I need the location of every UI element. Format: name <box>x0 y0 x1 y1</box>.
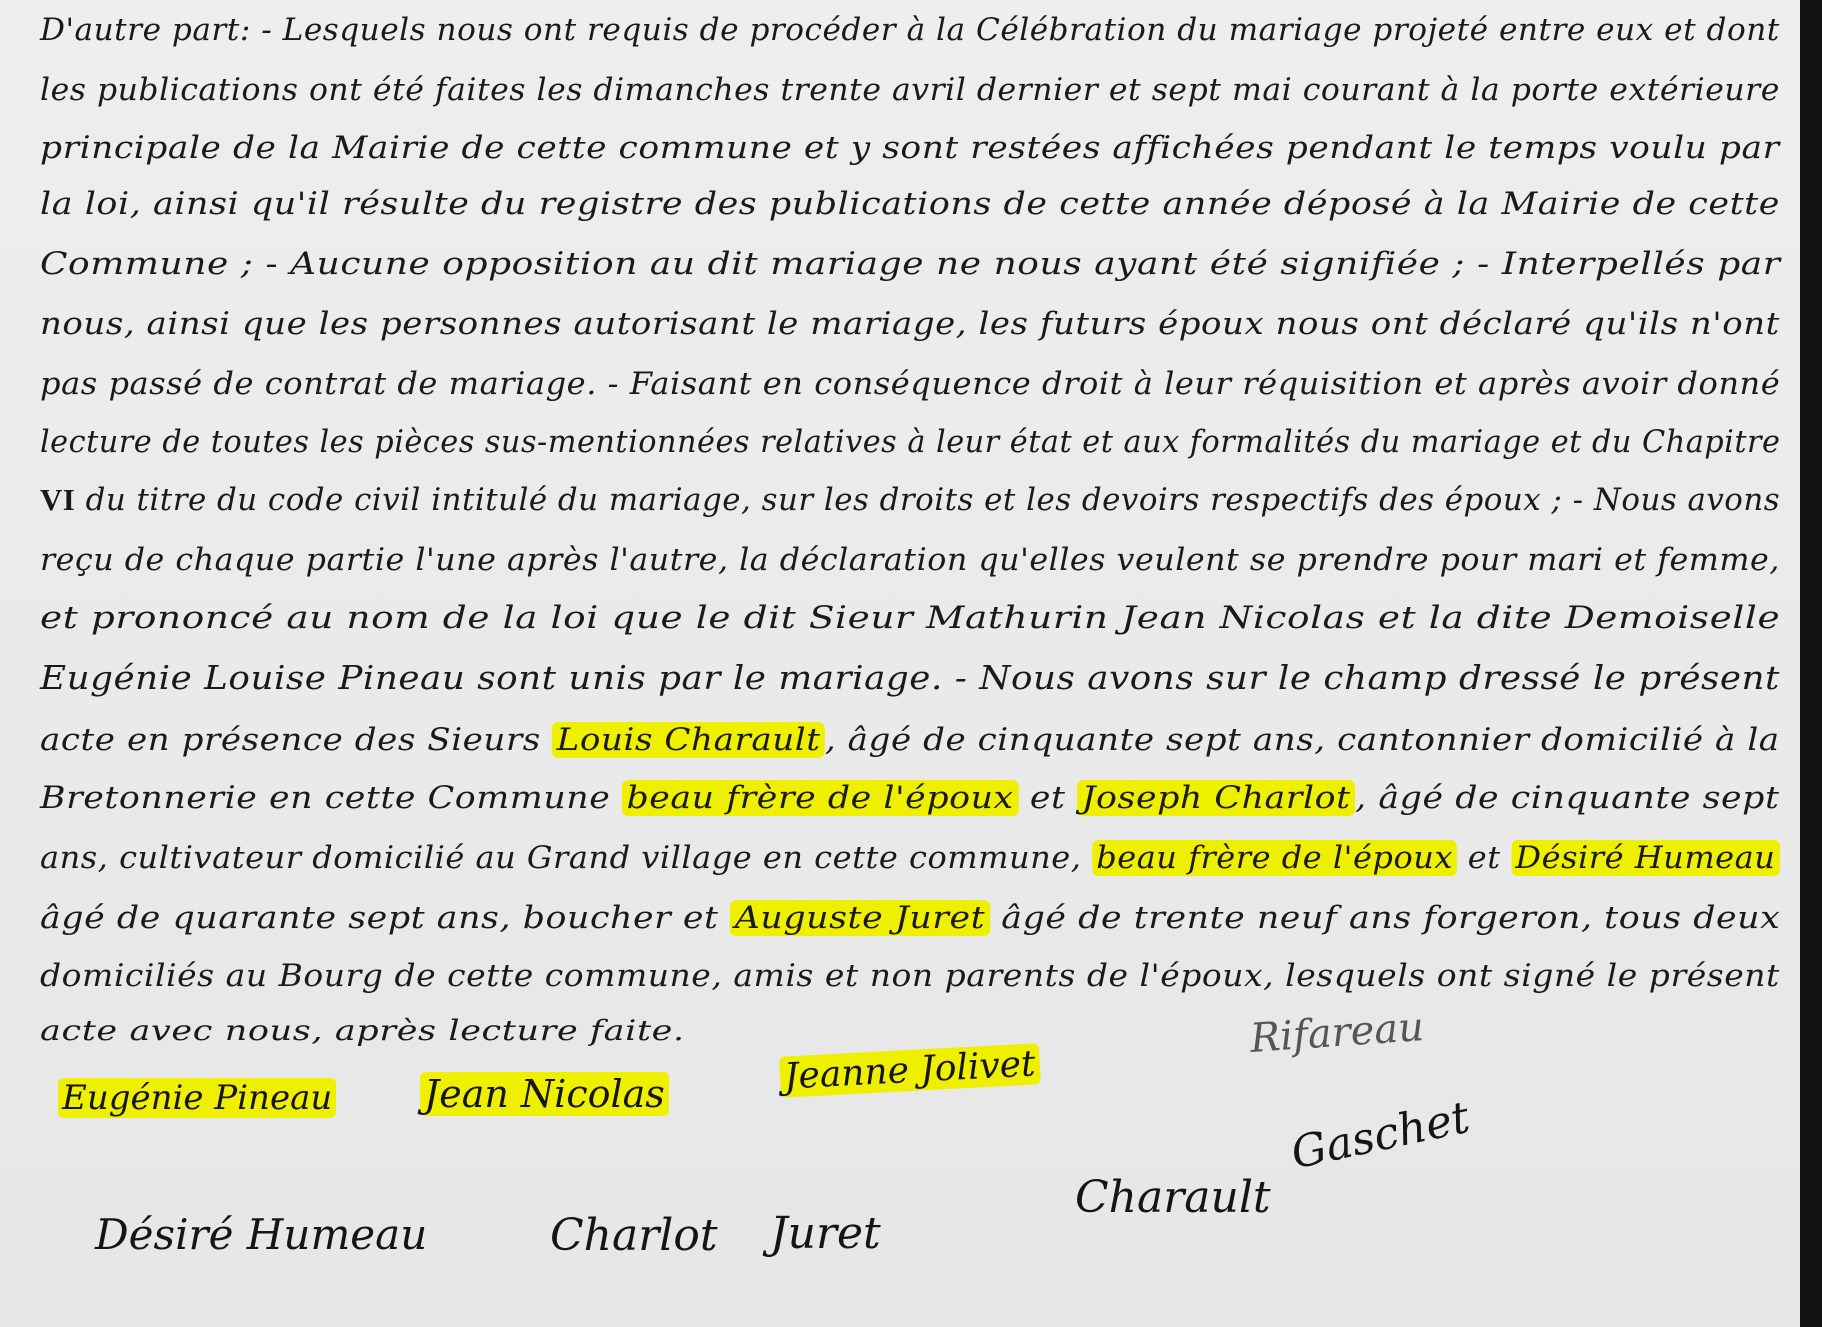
signature-gaschet: Gaschet <box>1287 1092 1474 1179</box>
line13-after: , âgé de cinquante sept ans, cantonnier … <box>825 722 1780 758</box>
signature-jeanne-jolivet: Jeanne Jolivet <box>779 1043 1040 1098</box>
line16-after: âgé de trente neuf ans forgeron, tous de… <box>990 900 1781 936</box>
text-line-2: les publications ont été faites les dima… <box>40 72 1780 108</box>
text-line-8: lecture de toutes les pièces sus-mention… <box>40 424 1780 460</box>
text-line-10: reçu de chaque partie l'une après l'autr… <box>40 542 1780 578</box>
signature-faded: Rifareau <box>1249 1004 1426 1062</box>
text-line-6: nous, ainsi que les personnes autorisant… <box>40 306 1780 342</box>
signature-desire-humeau: Désiré Humeau <box>95 1210 427 1259</box>
chapter-numeral: VI <box>40 482 75 517</box>
signature-charault: Charault <box>1075 1172 1271 1223</box>
signature-juret: Juret <box>770 1208 881 1259</box>
line15-mid: et <box>1457 840 1511 876</box>
text-line-9-body: du titre du code civil intitulé du maria… <box>75 482 1780 518</box>
text-line-9: VI du titre du code civil intitulé du ma… <box>40 482 1780 518</box>
text-line-11: et prononcé au nom de la loi que le dit … <box>40 600 1780 636</box>
line13-before: acte en présence des Sieurs <box>40 722 552 758</box>
line15-before: ans, cultivateur domicilié au Grand vill… <box>40 840 1092 876</box>
highlight-relation-2: beau frère de l'époux <box>1092 840 1457 876</box>
text-line-14: Bretonnerie en cette Commune beau frère … <box>40 780 1780 816</box>
text-line-5: Commune ; - Aucune opposition au dit mar… <box>40 246 1781 282</box>
highlight-witness-auguste-juret: Auguste Juret <box>730 900 989 936</box>
text-line-4: la loi, ainsi qu'il résulte du registre … <box>40 186 1780 222</box>
signature-charlot: Charlot <box>550 1210 718 1261</box>
text-line-16: âgé de quarante sept ans, boucher et Aug… <box>40 900 1780 936</box>
text-line-13: acte en présence des Sieurs Louis Charau… <box>40 722 1780 758</box>
text-line-18: acte avec nous, après lecture faite. <box>40 1014 685 1047</box>
line14-after: , âgé de cinquante sept <box>1355 780 1779 816</box>
signature-jean-nicolas: Jean Nicolas <box>420 1072 669 1116</box>
document-page: D'autre part: - Lesquels nous ont requis… <box>0 0 1800 1327</box>
highlight-witness-louis-charault: Louis Charault <box>552 722 825 758</box>
line14-mid: et <box>1018 780 1077 816</box>
scan-page-edge <box>1800 0 1822 1327</box>
text-line-7: pas passé de contrat de mariage. - Faisa… <box>40 366 1780 402</box>
line16-before: âgé de quarante sept ans, boucher et <box>40 900 730 936</box>
text-line-1: D'autre part: - Lesquels nous ont requis… <box>40 12 1780 48</box>
highlight-witness-joseph-charlot: Joseph Charlot <box>1077 780 1355 816</box>
highlight-witness-desire-humeau: Désiré Humeau <box>1511 840 1779 876</box>
signature-eugenie-pineau: Eugénie Pineau <box>58 1078 336 1118</box>
line14-before: Bretonnerie en cette Commune <box>40 780 622 816</box>
highlight-relation-1: beau frère de l'époux <box>622 780 1018 816</box>
text-line-17: domiciliés au Bourg de cette commune, am… <box>40 958 1780 994</box>
text-line-12: Eugénie Louise Pineau sont unis par le m… <box>40 658 1780 697</box>
text-line-15: ans, cultivateur domicilié au Grand vill… <box>40 840 1780 876</box>
text-line-3: principale de la Mairie de cette commune… <box>40 130 1780 166</box>
